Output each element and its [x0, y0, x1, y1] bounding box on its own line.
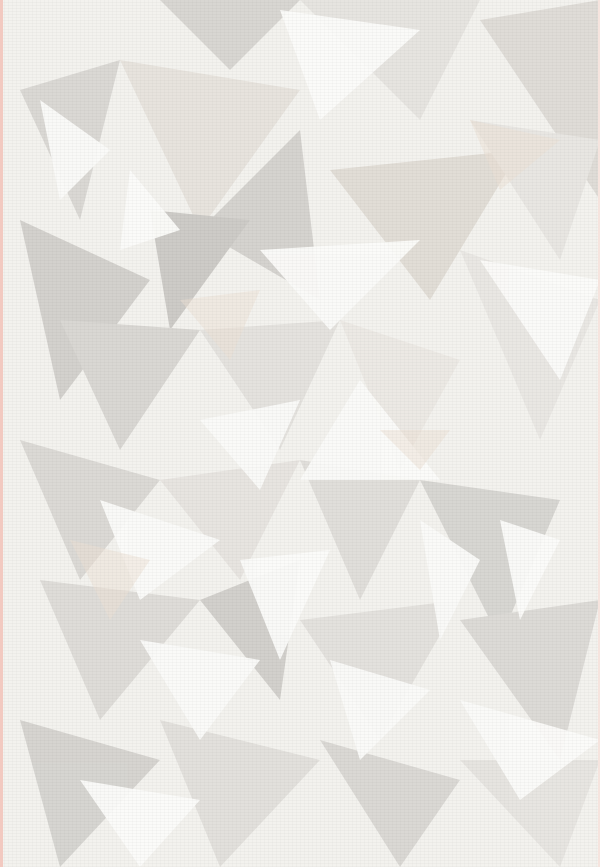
triangle-pattern [0, 0, 600, 867]
rug-image [0, 0, 600, 867]
rug-left-edge [0, 0, 3, 867]
